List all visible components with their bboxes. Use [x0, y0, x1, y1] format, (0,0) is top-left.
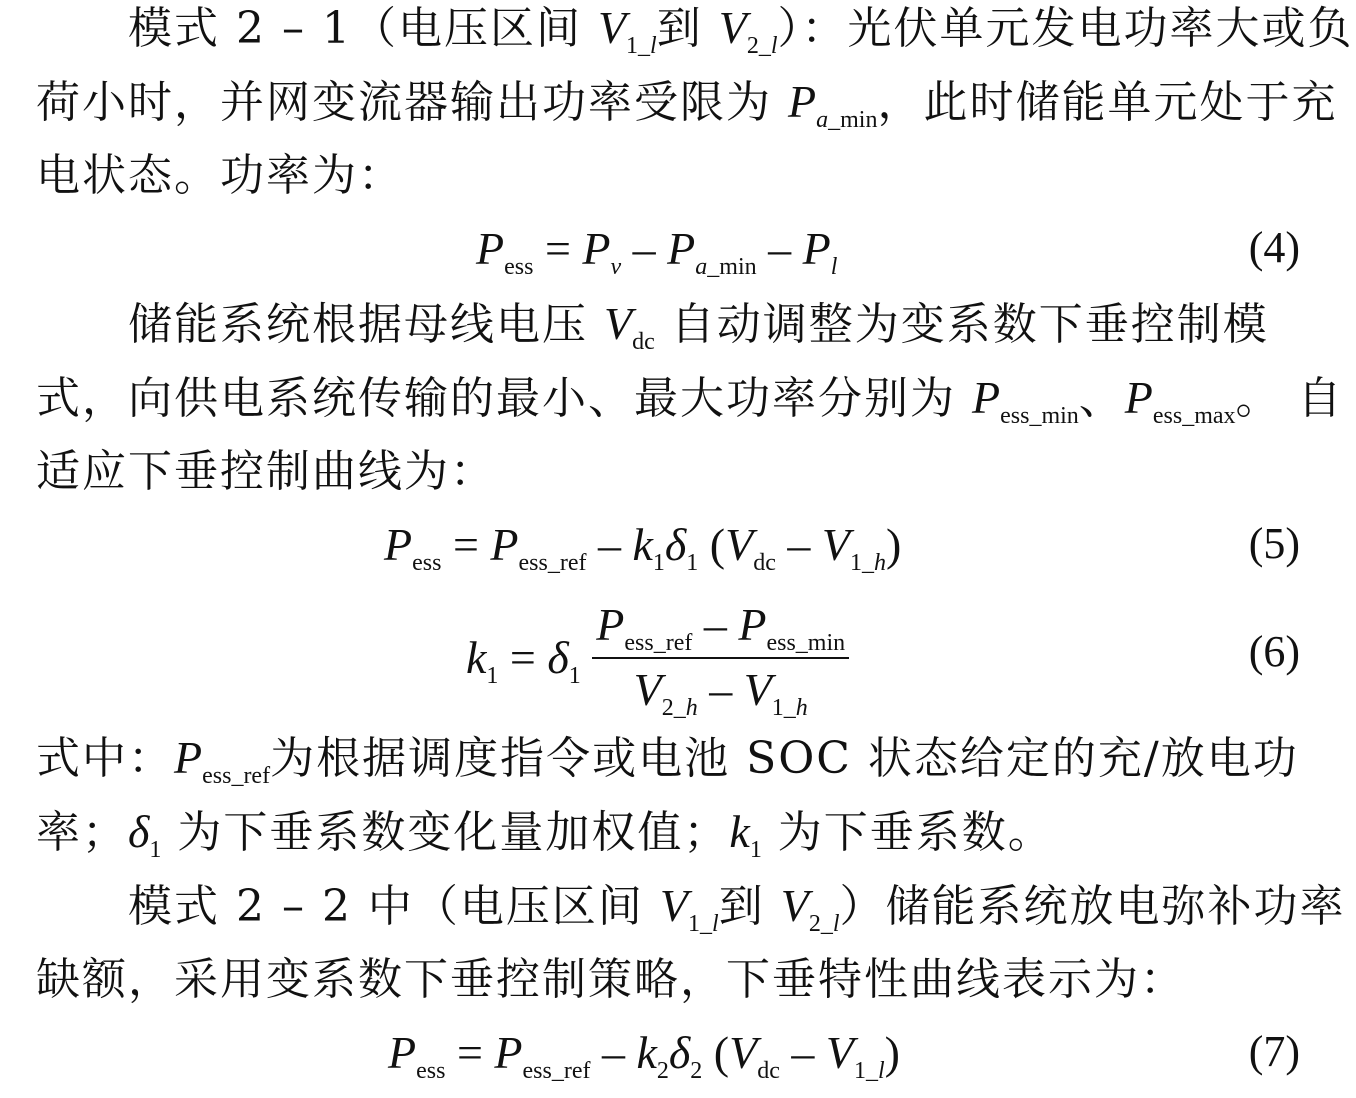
- para2-line1: 储能系统根据母线电压 Vdc 自动调整为变系数下垂控制模: [36, 296, 1356, 353]
- var-delta1: δ1: [128, 806, 161, 857]
- para1-line3: 电状态。功率为：: [36, 148, 1308, 204]
- var-vdc: Vdc: [604, 298, 655, 349]
- equation-7: Pess = Pess_ref – k2δ2 (Vdc – V1_l) (7): [0, 1026, 1356, 1086]
- equation-4: Pess = Pv – Pa_min – Pl (4): [0, 222, 1356, 282]
- para2-line2: 式，向供电系统传输的最小、最大功率分别为 Pess_min、Pess_max。 …: [36, 370, 1308, 427]
- var-v2l: V2_l: [781, 880, 840, 931]
- var-k1: k1: [729, 806, 761, 857]
- para3-line2: 率；δ1 为下垂系数变化量加权值；k1 为下垂系数。: [36, 804, 1308, 861]
- var-v1l: V1_l: [598, 2, 657, 53]
- var-pess-max: Pess_max: [1125, 372, 1236, 423]
- equation-5: Pess = Pess_ref – k1δ1 (Vdc – V1_h) (5): [0, 518, 1356, 578]
- var-pa-min: Pa_min: [788, 76, 877, 127]
- equation-number: (5): [1249, 518, 1300, 569]
- var-pess-ref: Pess_ref: [174, 732, 270, 783]
- equation-number: (7): [1249, 1026, 1300, 1077]
- para1-line1: 模式 2 – 1（电压区间 V1_l到 V2_l）：光伏单元发电功率大或负: [36, 0, 1356, 57]
- var-v1l: V1_l: [660, 880, 719, 931]
- var-v2l: V2_l: [719, 2, 778, 53]
- equation-number: (6): [1249, 626, 1300, 677]
- equation-6: k1 = δ1 Pess_ref – Pess_min V2_h – V1_h …: [0, 598, 1356, 716]
- para1-line2: 荷小时，并网变流器输出功率受限为 Pa_min，此时储能单元处于充: [36, 74, 1308, 131]
- para2-line3: 适应下垂控制曲线为：: [36, 444, 1308, 500]
- para4-line1: 模式 2 – 2 中（电压区间 V1_l到 V2_l）储能系统放电弥补功率: [36, 878, 1356, 935]
- para3-line1: 式中：Pess_ref为根据调度指令或电池 SOC 状态给定的充/放电功: [36, 730, 1308, 787]
- var-pess-min: Pess_min: [972, 372, 1079, 423]
- fraction: Pess_ref – Pess_min V2_h – V1_h: [592, 598, 849, 716]
- para4-line2: 缺额，采用变系数下垂控制策略，下垂特性曲线表示为：: [36, 952, 1308, 1008]
- equation-number: (4): [1249, 222, 1300, 273]
